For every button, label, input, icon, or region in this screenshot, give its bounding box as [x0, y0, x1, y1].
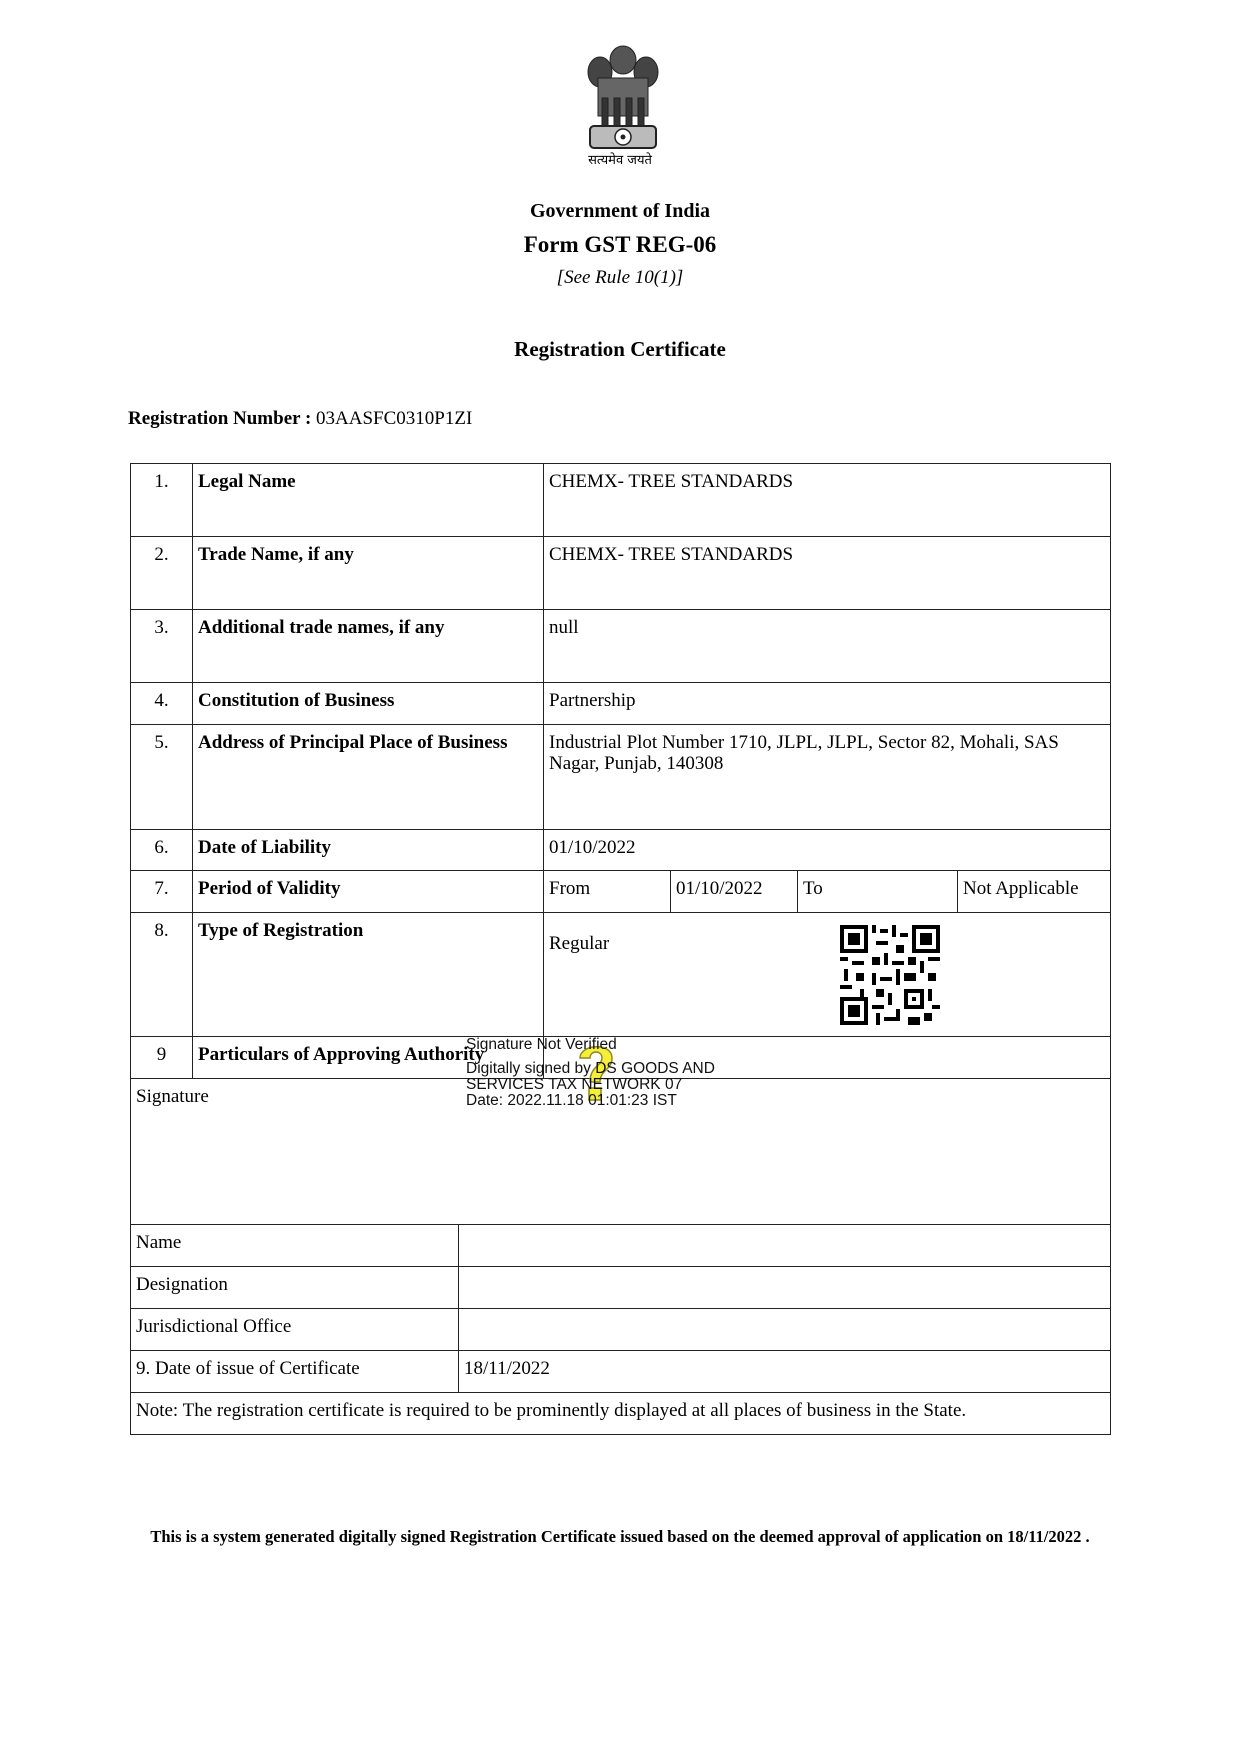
signed-by-org: SERVICES TAX NETWORK 07 [466, 1077, 715, 1093]
row-7-label: Period of Validity [192, 870, 544, 913]
row-6-label: Date of Liability [192, 829, 544, 871]
validity-from-label: From [543, 870, 671, 913]
registration-number: Registration Number : 03AASFC0310P1ZI [128, 408, 472, 430]
display-note: Note: The registration certificate is re… [130, 1392, 1111, 1435]
additional-trade-names-value: null [543, 609, 1111, 683]
row-9-number: 9 [130, 1036, 193, 1079]
rule-reference: [See Rule 10(1)] [0, 267, 1240, 289]
validity-to-value: Not Applicable [957, 870, 1111, 913]
government-heading: Government of India [0, 200, 1240, 223]
name-label: Name [130, 1224, 459, 1267]
signed-by: Digitally signed by DS GOODS AND [466, 1061, 715, 1077]
row-3-number: 3. [130, 609, 193, 683]
row-2-label: Trade Name, if any [192, 536, 544, 610]
emblem-motto: सत्यमेव जयते [0, 150, 1240, 168]
row-1-label: Legal Name [192, 463, 544, 537]
row-4-number: 4. [130, 682, 193, 725]
trade-name-value: CHEMX- TREE STANDARDS [543, 536, 1111, 610]
row-6-number: 6. [130, 829, 193, 871]
address-value: Industrial Plot Number 1710, JLPL, JLPL,… [543, 724, 1111, 830]
row-5-label: Address of Principal Place of Business [192, 724, 544, 830]
row-2-number: 2. [130, 536, 193, 610]
designation-label: Designation [130, 1266, 459, 1309]
signature-date: Date: 2022.11.18 01:01:23 IST [466, 1093, 715, 1109]
row-3-label: Additional trade names, if any [192, 609, 544, 683]
system-generated-footer: This is a system generated digitally sig… [0, 1527, 1240, 1547]
signature-status: Signature Not Verified [466, 1037, 715, 1053]
designation-value [458, 1266, 1111, 1309]
row-5-number: 5. [130, 724, 193, 830]
jurisdictional-office-value [458, 1308, 1111, 1351]
row-7-number: 7. [130, 870, 193, 913]
issue-date-label: 9. Date of issue of Certificate [130, 1350, 459, 1393]
registration-number-value: 03AASFC0310P1ZI [316, 408, 472, 429]
form-title: Form GST REG-06 [0, 232, 1240, 258]
name-value [458, 1224, 1111, 1267]
row-8-label: Type of Registration [192, 912, 544, 1037]
row-4-label: Constitution of Business [192, 682, 544, 725]
validity-from-value: 01/10/2022 [670, 870, 798, 913]
legal-name-value: CHEMX- TREE STANDARDS [543, 463, 1111, 537]
national-emblem-icon [578, 38, 668, 160]
date-of-liability-value: 01/10/2022 [543, 829, 1111, 871]
registration-type-value: Regular [543, 912, 1111, 1037]
registration-number-label: Registration Number : [128, 408, 311, 429]
row-1-number: 1. [130, 463, 193, 537]
validity-to-label: To [797, 870, 958, 913]
row-8-number: 8. [130, 912, 193, 1037]
issue-date-value: 18/11/2022 [458, 1350, 1111, 1393]
jurisdictional-office-label: Jurisdictional Office [130, 1308, 459, 1351]
constitution-value: Partnership [543, 682, 1111, 725]
digital-signature-block[interactable]: Signature Not Verified Digitally signed … [466, 1037, 715, 1109]
qr-code-icon [840, 925, 940, 1025]
certificate-title: Registration Certificate [0, 337, 1240, 362]
